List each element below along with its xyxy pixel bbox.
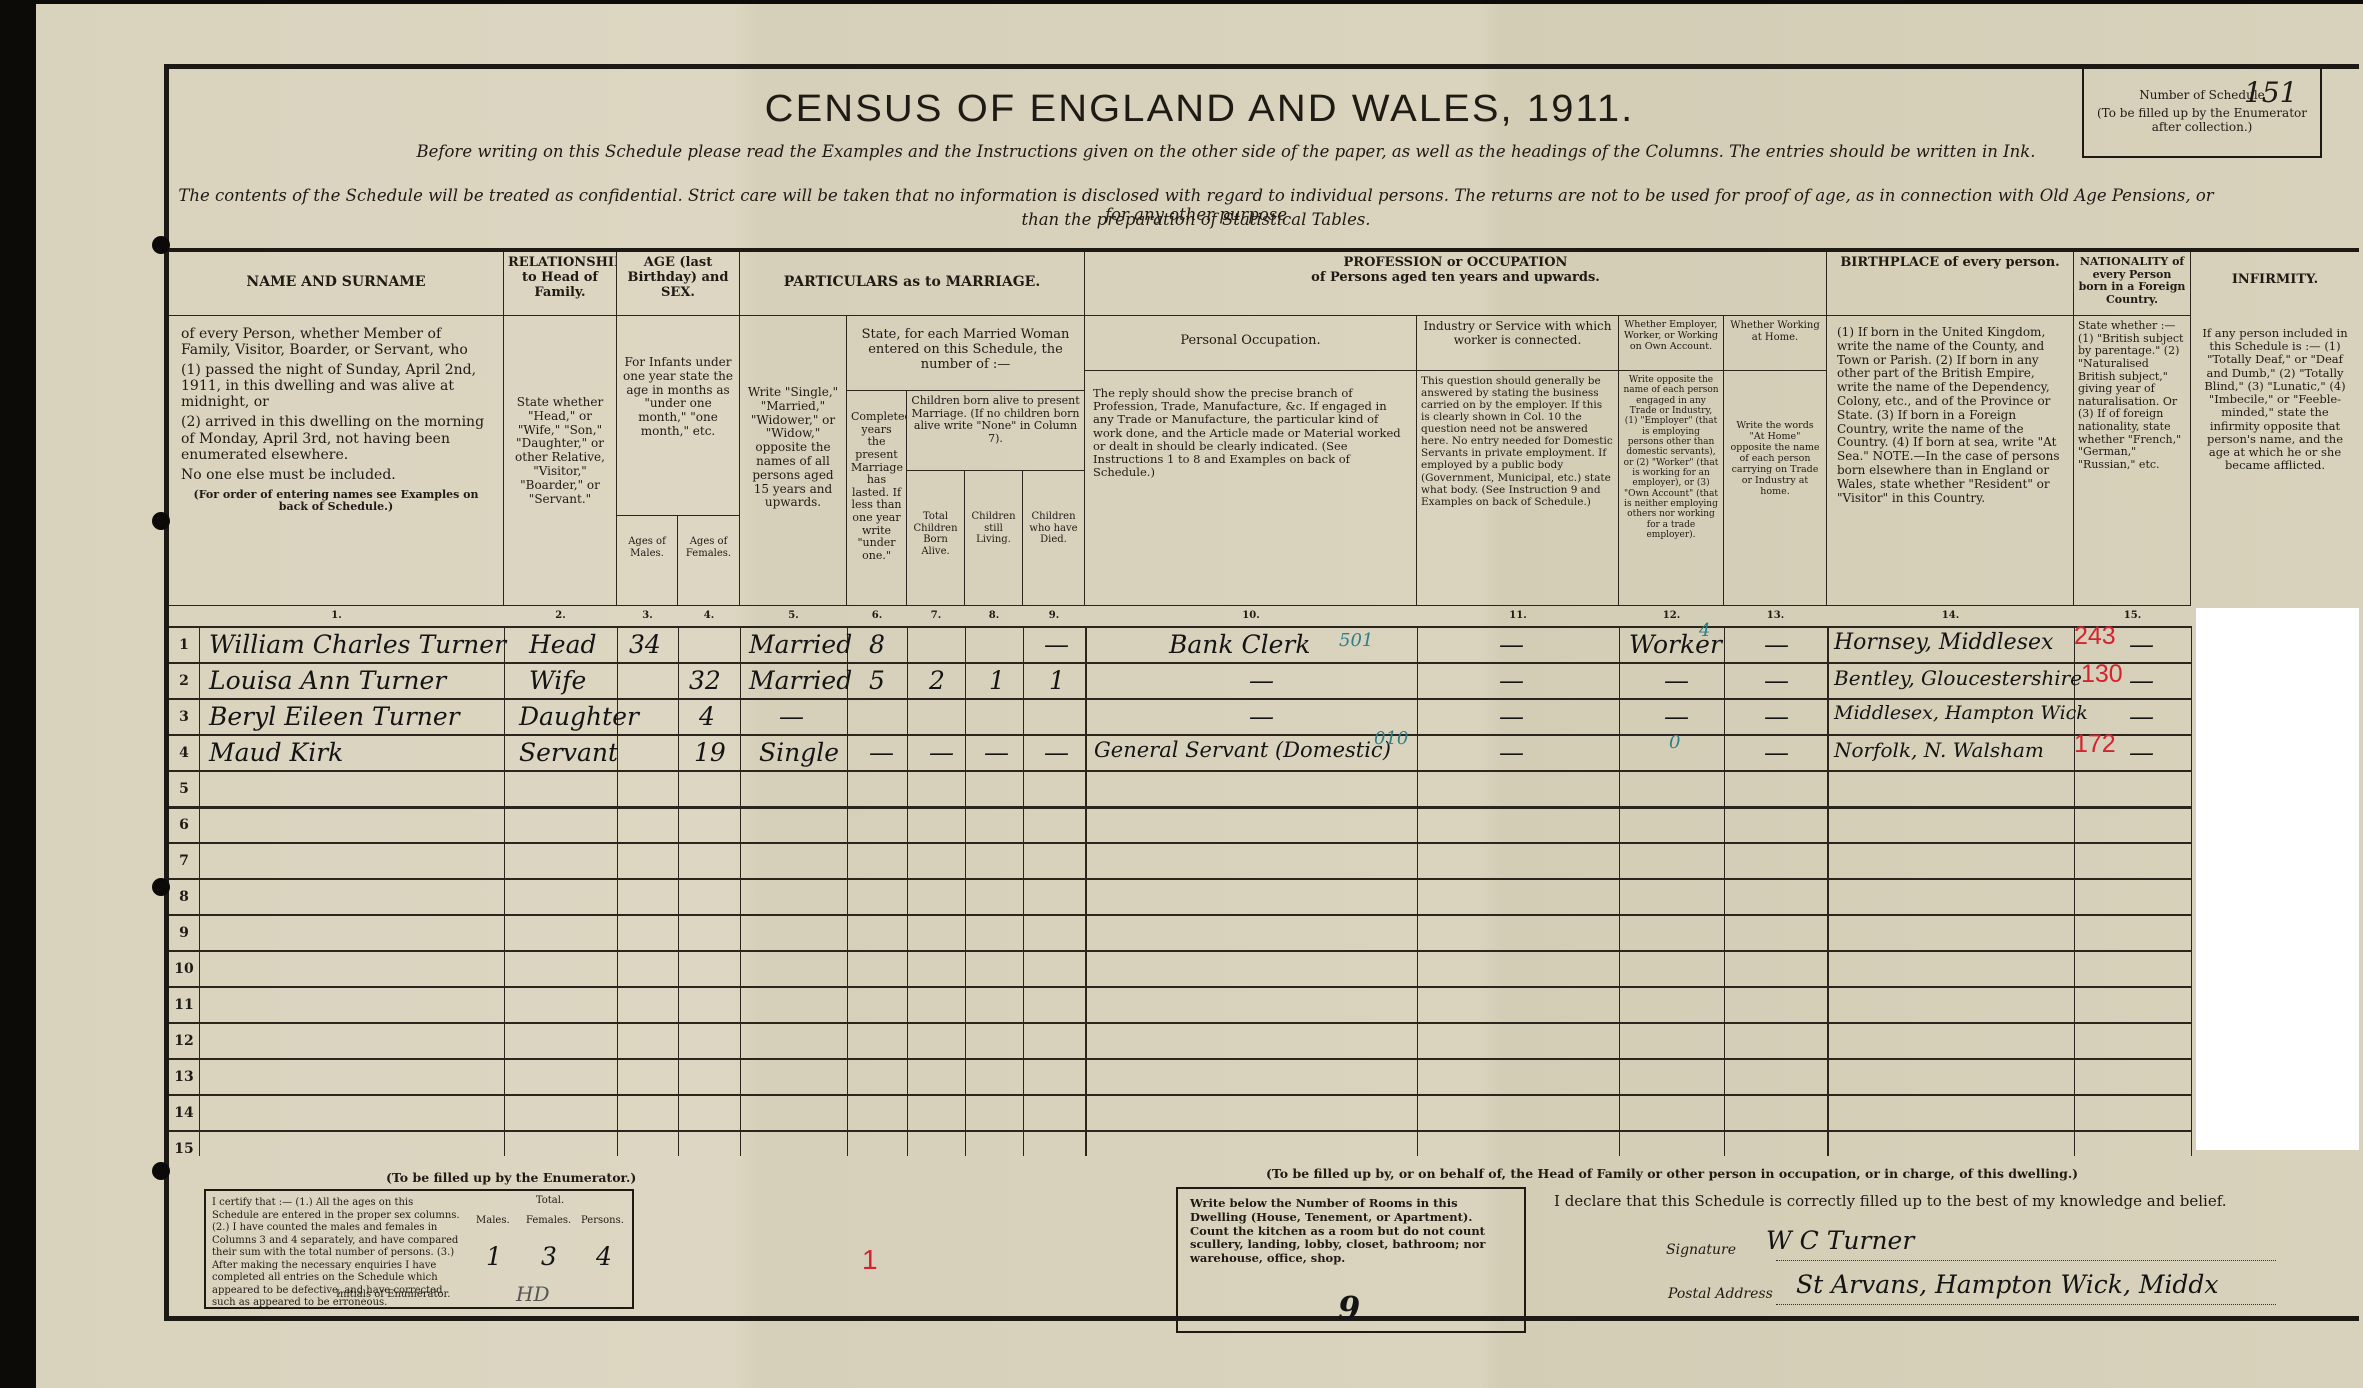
row-number: 7 [171,853,197,869]
person-name: William Charles Turner [209,630,506,659]
children-header: Children born alive to present Marriage.… [907,391,1085,471]
males-label: Males. [476,1215,510,1228]
row-number: 11 [171,997,197,1013]
nationality-value: — [2129,630,2154,659]
marriage-years-value: 8 [869,630,885,659]
marriage-years-header: Completed years the present Marriage has… [847,391,907,606]
marriage-status-desc: Write "Single," "Married," "Widower," or… [740,316,847,606]
males-total: 1 [486,1241,502,1272]
occupation-value: General Servant (Domestic) [1094,738,1391,762]
header-age: AGE (last Birthday) and SEX. [617,252,740,316]
rooms-text: Write below the Number of Rooms in this … [1190,1197,1512,1266]
initials-value: HD [516,1282,549,1307]
declaration-text: I declare that this Schedule is correctl… [1554,1192,2227,1210]
industry-value: — [1499,666,1524,695]
col-num: 5. [740,610,847,621]
children-died-value: 1 [1049,666,1065,695]
employer-value: — [1664,702,1689,731]
nationality-value: — [2129,666,2154,695]
header-name: NAME AND SURNAME [169,252,504,316]
header-marriage: PARTICULARS as to MARRIAGE. [740,252,1085,316]
marriage-value: — [779,702,804,731]
relationship-desc: State whether "Head," or "Wife," "Son," … [504,316,617,606]
occupation-code: 501 [1339,630,1373,651]
occupation-title: PROFESSION or OCCUPATION [1089,256,1822,271]
row-number: 9 [171,925,197,941]
schedule-number-box: Number of Schedule 151 (To be filled up … [2082,66,2322,158]
household-table: NAME AND SURNAME RELATIONSHIP to Head of… [169,248,2191,1153]
address-label: Postal Address [1668,1286,1773,1302]
children-total-value: 2 [929,666,945,695]
red-mark: 1 [862,1244,878,1276]
relationship-value: Servant [519,738,618,767]
name-desc: (2) arrived in this dwelling on the morn… [181,414,491,462]
occupation-value: Bank Clerk [1169,630,1311,659]
infirmity-column: INFIRMITY. If any person included in thi… [2191,248,2359,608]
schedule-number: 151 [2244,76,2297,109]
header-infirmity: INFIRMITY. [2191,252,2359,287]
row-number: 8 [171,889,197,905]
infirmity-desc: If any person included in this Schedule … [2191,287,2359,472]
marriage-value: Single [759,738,839,767]
col-num: 9. [1023,610,1085,621]
row-number: 12 [171,1033,197,1049]
occupation-subtitle: of Persons aged ten years and upwards. [1089,271,1822,286]
redacted-infirmity-area [2196,608,2359,1150]
rooms-box: Write below the Number of Rooms in this … [1176,1187,1526,1333]
industry-header: Industry or Service with which worker is… [1417,316,1619,371]
enumerator-heading: (To be filled up by the Enumerator.) [386,1170,636,1185]
row-number: 6 [171,817,197,833]
children-living-value: 1 [989,666,1005,695]
birthplace-code: 172 [2074,730,2116,759]
industry-desc: This question should generally be answer… [1417,371,1619,606]
industry-value: — [1499,630,1524,659]
home-value: — [1764,738,1789,767]
personal-occupation-desc: The reply should show the precise branch… [1085,371,1417,606]
head-heading: (To be filled up by, or on behalf of, th… [1266,1166,2078,1181]
relationship-value: Daughter [519,702,639,731]
children-died-value: — [1044,630,1069,659]
age-male-value: 34 [629,630,661,659]
row-number: 10 [171,961,197,977]
col-num: 13. [1724,610,1827,621]
col-num: 14. [1827,610,2074,621]
personal-occupation-header: Personal Occupation. [1085,316,1417,371]
col-num: 7. [907,610,965,621]
signature-label: Signature [1666,1242,1736,1258]
header-relationship: RELATIONSHIP to Head of Family. [504,252,617,316]
children-died-value: — [1044,738,1069,767]
name-desc: (1) passed the night of Sunday, April 2n… [181,362,491,410]
person-name: Beryl Eileen Turner [209,702,460,731]
punch-hole-icon [152,512,170,530]
col-num: 8. [965,610,1023,621]
person-name: Louisa Ann Turner [209,666,446,695]
persons-total: 4 [596,1241,612,1272]
birthplace-value: Hornsey, Middlesex [1834,630,2053,655]
col-num: 10. [1085,610,1417,621]
nationality-value: — [2129,702,2154,731]
birthplace-code: 243 [2074,622,2116,651]
employer-header: Whether Employer, Worker, or Working on … [1619,316,1724,371]
children-total-header: Total Children Born Alive. [907,471,965,606]
children-died-header: Children who have Died. [1023,471,1085,606]
industry-value: — [1499,702,1524,731]
punch-hole-icon [152,878,170,896]
birthplace-value: Bentley, Gloucestershire [1834,666,2082,690]
age-desc: For Infants under one year state the age… [617,316,740,516]
header-occupation: PROFESSION or OCCUPATION of Persons aged… [1085,252,1827,316]
row-number: 1 [171,637,197,653]
page-title: CENSUS OF ENGLAND AND WALES, 1911. [0,88,2363,131]
age-female-value: 19 [694,738,726,767]
punch-hole-icon [152,1162,170,1180]
nationality-desc: State whether :— (1) "British subject by… [2074,316,2191,606]
col-num: 2. [504,610,617,621]
age-males-header: Ages of Males. [617,516,678,606]
age-female-value: 4 [699,702,715,731]
home-value: — [1764,666,1789,695]
persons-label: Persons. [581,1215,624,1228]
col-num: 3. [617,610,678,621]
person-name: Maud Kirk [209,738,343,767]
occupation-value: — [1249,702,1274,731]
marriage-value: Married [749,630,852,659]
header-nationality: NATIONALITY of every Person born in a Fo… [2074,252,2191,316]
employer-desc: Write opposite the name of each person e… [1619,371,1724,606]
row-number: 4 [171,745,197,761]
birthplace-desc: (1) If born in the United Kingdom, write… [1827,316,2074,606]
home-value: — [1764,702,1789,731]
age-female-value: 32 [689,666,721,695]
address-value: St Arvans, Hampton Wick, Middx [1796,1270,2219,1299]
marriage-years-value: — [869,738,894,767]
col-num: 6. [847,610,907,621]
name-desc: (For order of entering names see Example… [181,489,491,514]
name-desc: No one else must be included. [181,467,491,483]
row-number: 3 [171,709,197,725]
occupation-code: 010 [1374,728,1408,749]
col-num: 4. [678,610,740,621]
children-living-header: Children still Living. [965,471,1023,606]
employer-value: — [1664,666,1689,695]
col-num: 11. [1417,610,1619,621]
occupation-value: — [1249,666,1274,695]
birthplace-value: Middlesex, Hampton Wick [1834,702,2088,724]
birthplace-code: 130 [2081,660,2123,689]
col-num: 1. [169,610,504,621]
totals-label: Total. [468,1195,632,1208]
confidential-line-2: than the preparation of Statistical Tabl… [176,210,2216,229]
marriage-value: Married [749,666,852,695]
instruction-line: Before writing on this Schedule please r… [416,142,2036,161]
name-desc: of every Person, whether Member of Famil… [181,326,491,358]
name-instructions: of every Person, whether Member of Famil… [169,316,504,606]
header-birthplace: BIRTHPLACE of every person. [1827,252,2074,316]
children-living-value: — [984,738,1009,767]
row-number: 13 [171,1069,197,1085]
col-num: 15. [2074,610,2191,621]
home-desc: Write the words "At Home" opposite the n… [1724,371,1827,606]
marriage-years-value: 5 [869,666,885,695]
birthplace-value: Norfolk, N. Walsham [1834,738,2044,762]
rooms-value: 9 [1338,1289,1360,1327]
row-number: 2 [171,673,197,689]
industry-value: — [1499,738,1524,767]
punch-hole-icon [152,236,170,254]
females-total: 3 [541,1241,557,1272]
row-number: 15 [171,1141,197,1157]
married-woman-desc: State, for each Married Woman entered on… [847,316,1085,391]
females-label: Females. [526,1215,571,1228]
employer-code: 0 [1669,732,1680,753]
nationality-value: — [2129,738,2154,767]
census-schedule-page: CENSUS OF ENGLAND AND WALES, 1911. Befor… [36,4,2363,1388]
relationship-value: Head [529,630,597,659]
home-header: Whether Working at Home. [1724,316,1827,371]
employer-code: 4 [1699,620,1710,641]
age-females-header: Ages of Females. [678,516,740,606]
row-number: 14 [171,1105,197,1121]
home-value: — [1764,630,1789,659]
schedule-note: (To be filled up by the Enumerator after… [2084,106,2320,134]
initials-label: Initials of Enumerator. [336,1289,450,1302]
row-number: 5 [171,781,197,797]
children-total-value: — [929,738,954,767]
enumerator-certificate-box: I certify that :— (1.) All the ages on t… [204,1189,634,1309]
signature-value: W C Turner [1766,1226,1914,1255]
relationship-value: Wife [529,666,586,695]
